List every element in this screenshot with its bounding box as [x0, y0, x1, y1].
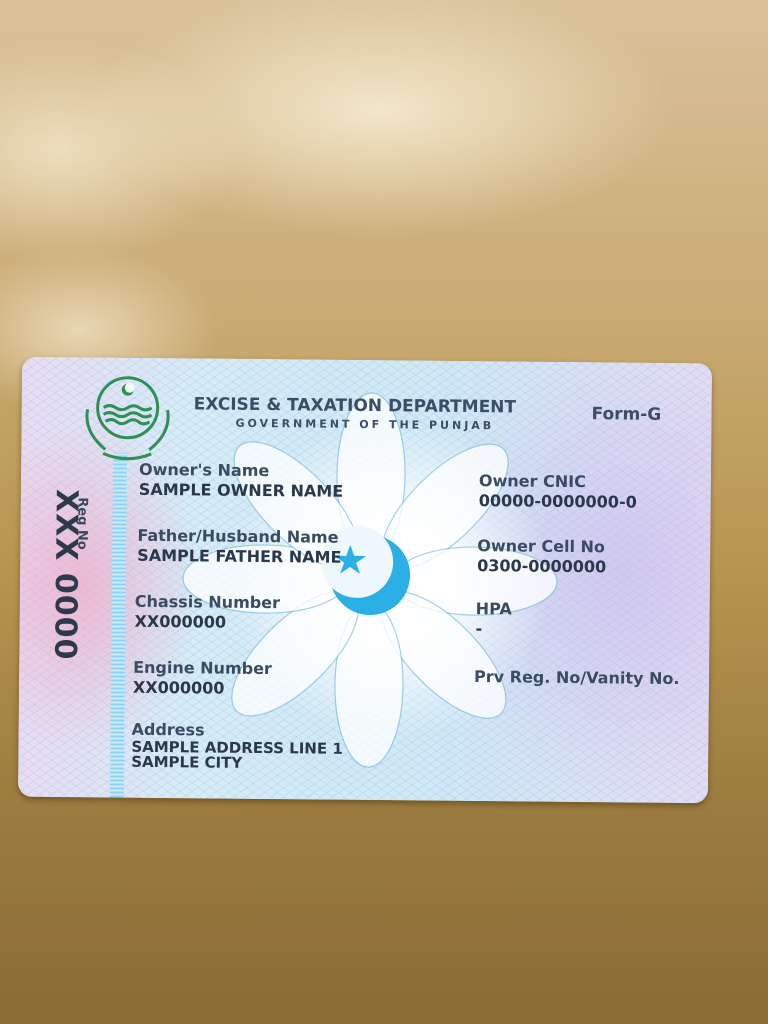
owner-cnic-label: Owner CNIC: [479, 471, 637, 493]
government-subtitle: GOVERNMENT OF THE PUNJAB: [235, 417, 494, 432]
chassis-number-label: Chassis Number: [135, 592, 280, 613]
owner-cnic-field: Owner CNIC 00000-0000000-0: [479, 471, 637, 513]
engine-number-value: XX000000: [133, 678, 272, 699]
hpa-label: HPA: [476, 599, 512, 619]
father-name-label: Father/Husband Name: [137, 526, 341, 548]
address-field: Address SAMPLE ADDRESS LINE 1 SAMPLE CIT…: [131, 720, 343, 772]
punjab-emblem-icon: [73, 369, 182, 462]
owner-name-label: Owner's Name: [139, 460, 344, 482]
department-title: EXCISE & TAXATION DEPARTMENT: [194, 394, 517, 417]
form-type: Form-G: [592, 404, 662, 425]
owner-cnic-value: 00000-0000000-0: [479, 491, 637, 513]
owner-name-value: SAMPLE OWNER NAME: [139, 480, 344, 502]
hpa-value: -: [475, 619, 511, 639]
father-name-value: SAMPLE FATHER NAME: [137, 546, 341, 568]
father-name-field: Father/Husband Name SAMPLE FATHER NAME: [137, 526, 342, 568]
prv-reg-label: Prv Reg. No/Vanity No.: [474, 667, 680, 689]
chassis-number-value: XX000000: [134, 612, 279, 633]
prv-reg-field: Prv Reg. No/Vanity No.: [474, 667, 680, 689]
engine-number-label: Engine Number: [133, 658, 272, 679]
hpa-field: HPA -: [475, 599, 511, 639]
engine-number-field: Engine Number XX000000: [133, 658, 272, 699]
reg-no-value: XXX 0000: [47, 489, 84, 661]
owner-cell-field: Owner Cell No 0300-0000000: [477, 536, 606, 577]
chassis-number-field: Chassis Number XX000000: [134, 592, 280, 633]
owner-cell-label: Owner Cell No: [477, 536, 606, 557]
owner-cell-value: 0300-0000000: [477, 556, 606, 577]
vehicle-registration-card: Reg No XXX 0000 EXCISE & TAXATION DEPART…: [18, 357, 712, 804]
owner-name-field: Owner's Name SAMPLE OWNER NAME: [139, 460, 344, 502]
